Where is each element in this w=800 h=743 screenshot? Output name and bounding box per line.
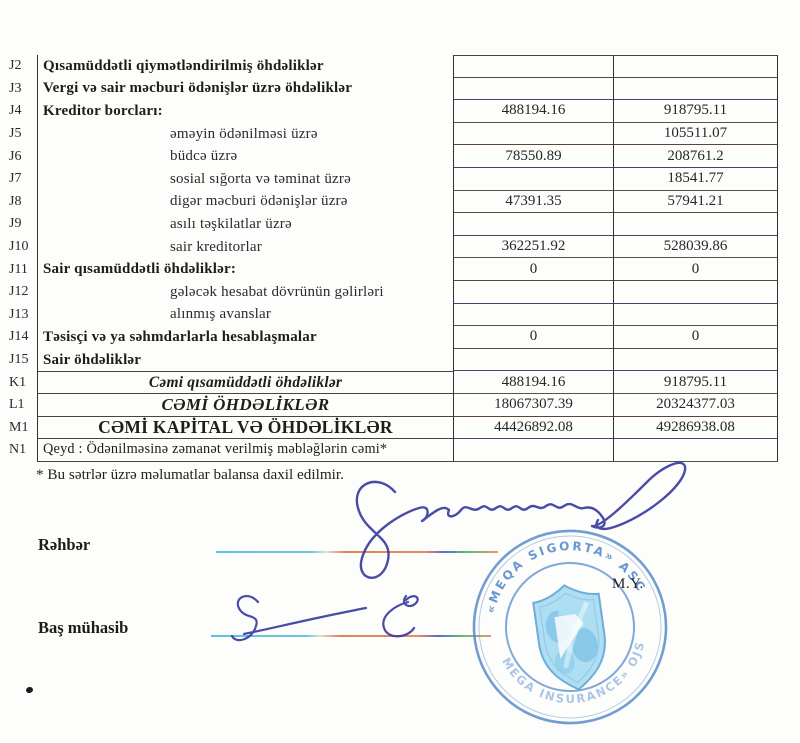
table-row: J4Kreditor borcları:488194.16918795.11 bbox=[0, 100, 778, 123]
row-label: sair kreditorlar bbox=[37, 236, 453, 259]
row-label: Qısamüddətli qiymətləndirilmiş öhdəliklə… bbox=[37, 55, 453, 78]
row-value-col2: 57941.21 bbox=[613, 191, 778, 214]
company-stamp: * «MEQA SIGORTA» ASC * «MEGA INSURANCE» … bbox=[470, 527, 670, 727]
row-value-col1 bbox=[453, 123, 613, 146]
table-row: J14Təsisçi və ya səhmdarlarla hesablaşma… bbox=[0, 326, 778, 349]
row-code: J14 bbox=[0, 326, 37, 349]
row-value-col1 bbox=[453, 213, 613, 236]
row-value-col2: 208761.2 bbox=[613, 145, 778, 168]
row-value-col2 bbox=[613, 213, 778, 236]
row-value-col2 bbox=[613, 349, 778, 372]
table-row: J13alınmış avanslar bbox=[0, 304, 778, 327]
row-value-col2: 918795.11 bbox=[613, 100, 778, 123]
row-value-col2: 18541.77 bbox=[613, 168, 778, 191]
table-row: J5əməyin ödənilməsi üzrə105511.07 bbox=[0, 123, 778, 146]
row-code: J7 bbox=[0, 168, 37, 191]
row-code: K1 bbox=[0, 371, 37, 394]
row-value-col2: 528039.86 bbox=[613, 236, 778, 259]
row-label: Qeyd : Ödənilməsinə zəmanət verilmiş məb… bbox=[37, 439, 453, 462]
row-value-col1 bbox=[453, 168, 613, 191]
row-value-col2: 918795.11 bbox=[613, 371, 778, 394]
row-value-col2: 0 bbox=[613, 326, 778, 349]
row-label: sosial sığorta və təminat üzrə bbox=[37, 168, 453, 191]
row-code: J11 bbox=[0, 258, 37, 281]
row-label: digər məcburi ödənişlər üzrə bbox=[37, 191, 453, 214]
row-value-col1: 0 bbox=[453, 326, 613, 349]
row-label: asılı təşkilatlar üzrə bbox=[37, 213, 453, 236]
row-value-col1 bbox=[453, 439, 613, 462]
table-row: J2Qısamüddətli qiymətləndirilmiş öhdəlik… bbox=[0, 55, 778, 78]
ink-dot bbox=[25, 686, 33, 694]
row-value-col1 bbox=[453, 78, 613, 101]
row-value-col2 bbox=[613, 55, 778, 78]
row-value-col2 bbox=[613, 439, 778, 462]
stamp-rings: * «MEQA SIGORTA» ASC * «MEGA INSURANCE» … bbox=[470, 527, 670, 727]
row-code: N1 bbox=[0, 439, 37, 462]
row-value-col2 bbox=[613, 304, 778, 327]
table-row: J10sair kreditorlar362251.92528039.86 bbox=[0, 236, 778, 259]
accountant-signature-line bbox=[211, 635, 491, 637]
chief-accountant-signature bbox=[228, 588, 438, 648]
table-row: J7sosial sığorta və təminat üzrə18541.77 bbox=[0, 168, 778, 191]
row-label: Təsisçi və ya səhmdarlarla hesablaşmalar bbox=[37, 326, 453, 349]
row-code: J12 bbox=[0, 281, 37, 304]
liabilities-table: J2Qısamüddətli qiymətləndirilmiş öhdəlik… bbox=[0, 55, 778, 462]
table-row: N1Qeyd : Ödənilməsinə zəmanət verilmiş m… bbox=[0, 439, 778, 462]
row-label: gələcək hesabat dövrünün gəlirləri bbox=[37, 281, 453, 304]
row-value-col1 bbox=[453, 304, 613, 327]
row-value-col1 bbox=[453, 349, 613, 372]
row-value-col1 bbox=[453, 281, 613, 304]
row-value-col2: 0 bbox=[613, 258, 778, 281]
row-value-col1: 0 bbox=[453, 258, 613, 281]
row-code: M1 bbox=[0, 417, 37, 440]
row-label: Sair qısamüddətli öhdəliklər: bbox=[37, 258, 453, 281]
table-row: L1CƏMİ ÖHDƏLİKLƏR18067307.3920324377.03 bbox=[0, 394, 778, 417]
row-value-col1: 362251.92 bbox=[453, 236, 613, 259]
row-label: əməyin ödənilməsi üzrə bbox=[37, 123, 453, 146]
row-label: Sair öhdəliklər bbox=[37, 349, 453, 372]
row-value-col1 bbox=[453, 55, 613, 78]
row-label: Vergi və sair məcburi ödənişlər üzrə öhd… bbox=[37, 78, 453, 101]
table-row: J3Vergi və sair məcburi ödənişlər üzrə ö… bbox=[0, 78, 778, 101]
row-value-col2: 20324377.03 bbox=[613, 394, 778, 417]
row-value-col2: 105511.07 bbox=[613, 123, 778, 146]
row-value-col2: 49286938.08 bbox=[613, 417, 778, 440]
row-value-col1: 488194.16 bbox=[453, 100, 613, 123]
row-code: J3 bbox=[0, 78, 37, 101]
row-code: J6 bbox=[0, 145, 37, 168]
scanned-balance-sheet-page: J2Qısamüddətli qiymətləndirilmiş öhdəlik… bbox=[0, 0, 800, 743]
row-value-col1: 78550.89 bbox=[453, 145, 613, 168]
row-label: Cəmi qısamüddətli öhdəliklər bbox=[37, 371, 453, 394]
row-code: J2 bbox=[0, 55, 37, 78]
row-value-col1: 47391.35 bbox=[453, 191, 613, 214]
shield-emblem-icon bbox=[531, 581, 611, 694]
row-label: Kreditor borcları: bbox=[37, 100, 453, 123]
row-code: J4 bbox=[0, 100, 37, 123]
row-code: J10 bbox=[0, 236, 37, 259]
row-label: CƏMİ ÖHDƏLİKLƏR bbox=[37, 394, 453, 417]
table-row: J11Sair qısamüddətli öhdəliklər:00 bbox=[0, 258, 778, 281]
table-row: J9asılı təşkilatlar üzrə bbox=[0, 213, 778, 236]
leader-signature-line bbox=[216, 551, 498, 553]
table-row: J6büdcə üzrə78550.89208761.2 bbox=[0, 145, 778, 168]
table-row: J12gələcək hesabat dövrünün gəlirləri bbox=[0, 281, 778, 304]
row-code: J8 bbox=[0, 191, 37, 214]
row-code: L1 bbox=[0, 394, 37, 417]
row-code: J13 bbox=[0, 304, 37, 327]
table-row: J8digər məcburi ödənişlər üzrə47391.3557… bbox=[0, 191, 778, 214]
leader-label: Rəhbər bbox=[38, 535, 90, 555]
table-row: K1Cəmi qısamüddətli öhdəliklər488194.169… bbox=[0, 371, 778, 394]
table-row: J15Sair öhdəliklər bbox=[0, 349, 778, 372]
chief-accountant-label: Baş mühasib bbox=[38, 618, 128, 638]
row-value-col2 bbox=[613, 78, 778, 101]
stamp-place-mark: M.Y. bbox=[612, 576, 644, 593]
row-code: J5 bbox=[0, 123, 37, 146]
row-value-col1: 44426892.08 bbox=[453, 417, 613, 440]
row-label: alınmış avanslar bbox=[37, 304, 453, 327]
row-code: J15 bbox=[0, 349, 37, 372]
row-code: J9 bbox=[0, 213, 37, 236]
row-label: CƏMİ KAPİTAL VƏ ÖHDƏLİKLƏR bbox=[37, 417, 453, 440]
row-value-col1: 18067307.39 bbox=[453, 394, 613, 417]
row-label: büdcə üzrə bbox=[37, 145, 453, 168]
row-value-col2 bbox=[613, 281, 778, 304]
footnote: * Bu sətrlər üzrə məlumatlar balansa dax… bbox=[36, 466, 344, 484]
table-row: M1CƏMİ KAPİTAL VƏ ÖHDƏLİKLƏR44426892.084… bbox=[0, 417, 778, 440]
row-value-col1: 488194.16 bbox=[453, 371, 613, 394]
